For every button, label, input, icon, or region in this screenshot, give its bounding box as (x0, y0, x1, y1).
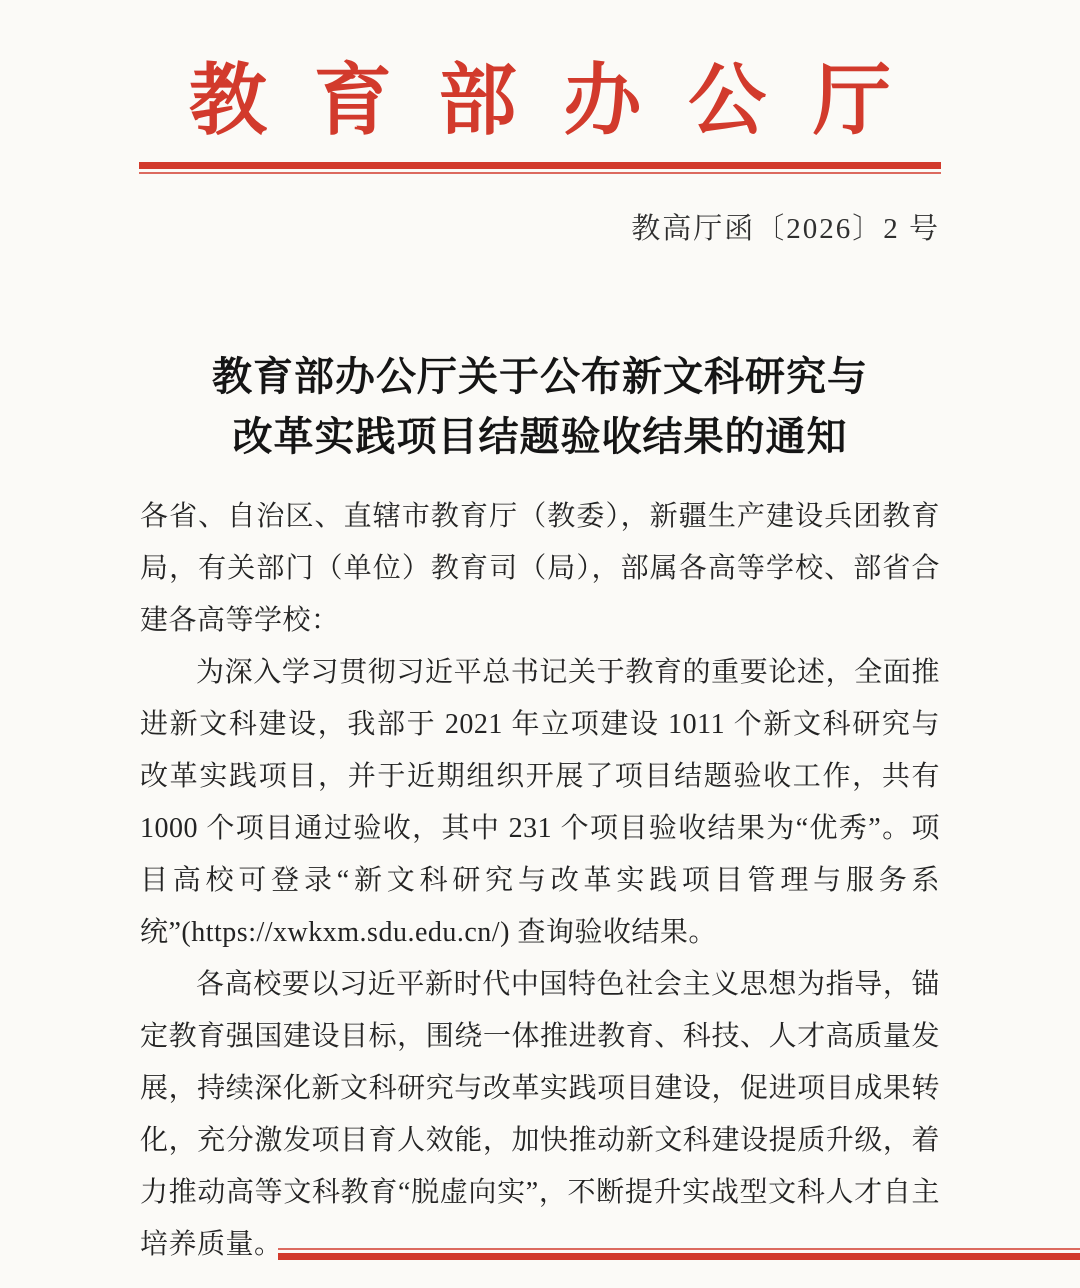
document-number: 教高厅函〔2026〕2 号 (140, 206, 940, 247)
footer-divider (278, 1248, 1080, 1260)
body-paragraph-1: 为深入学习贯彻习近平总书记关于教育的重要论述，全面推进新文科建设，我部于 202… (140, 647, 940, 959)
salutation-paragraph: 各省、自治区、直辖市教育厅（教委），新疆生产建设兵团教育局，有关部门（单位）教育… (140, 491, 940, 647)
document-title-line-2: 改革实践项目结题验收结果的通知 (0, 407, 1080, 467)
agency-header-title: 教育部办公厅 (0, 0, 1080, 148)
document-title: 教育部办公厅关于公布新文科研究与 改革实践项目结题验收结果的通知 (0, 347, 1080, 467)
footer-divider-thick-line (278, 1253, 1080, 1260)
header-divider-thick-line (139, 162, 941, 169)
document-body: 各省、自治区、直辖市教育厅（教委），新疆生产建设兵团教育局，有关部门（单位）教育… (140, 491, 940, 1271)
header-divider (139, 162, 941, 174)
document-page: 教育部办公厅 教高厅函〔2026〕2 号 教育部办公厅关于公布新文科研究与 改革… (0, 0, 1080, 1288)
header-divider-thin-line (139, 172, 941, 174)
footer-divider-thin-line (278, 1248, 1080, 1250)
body-paragraph-2: 各高校要以习近平新时代中国特色社会主义思想为指导，锚定教育强国建设目标，围绕一体… (140, 959, 940, 1271)
document-title-line-1: 教育部办公厅关于公布新文科研究与 (0, 347, 1080, 407)
